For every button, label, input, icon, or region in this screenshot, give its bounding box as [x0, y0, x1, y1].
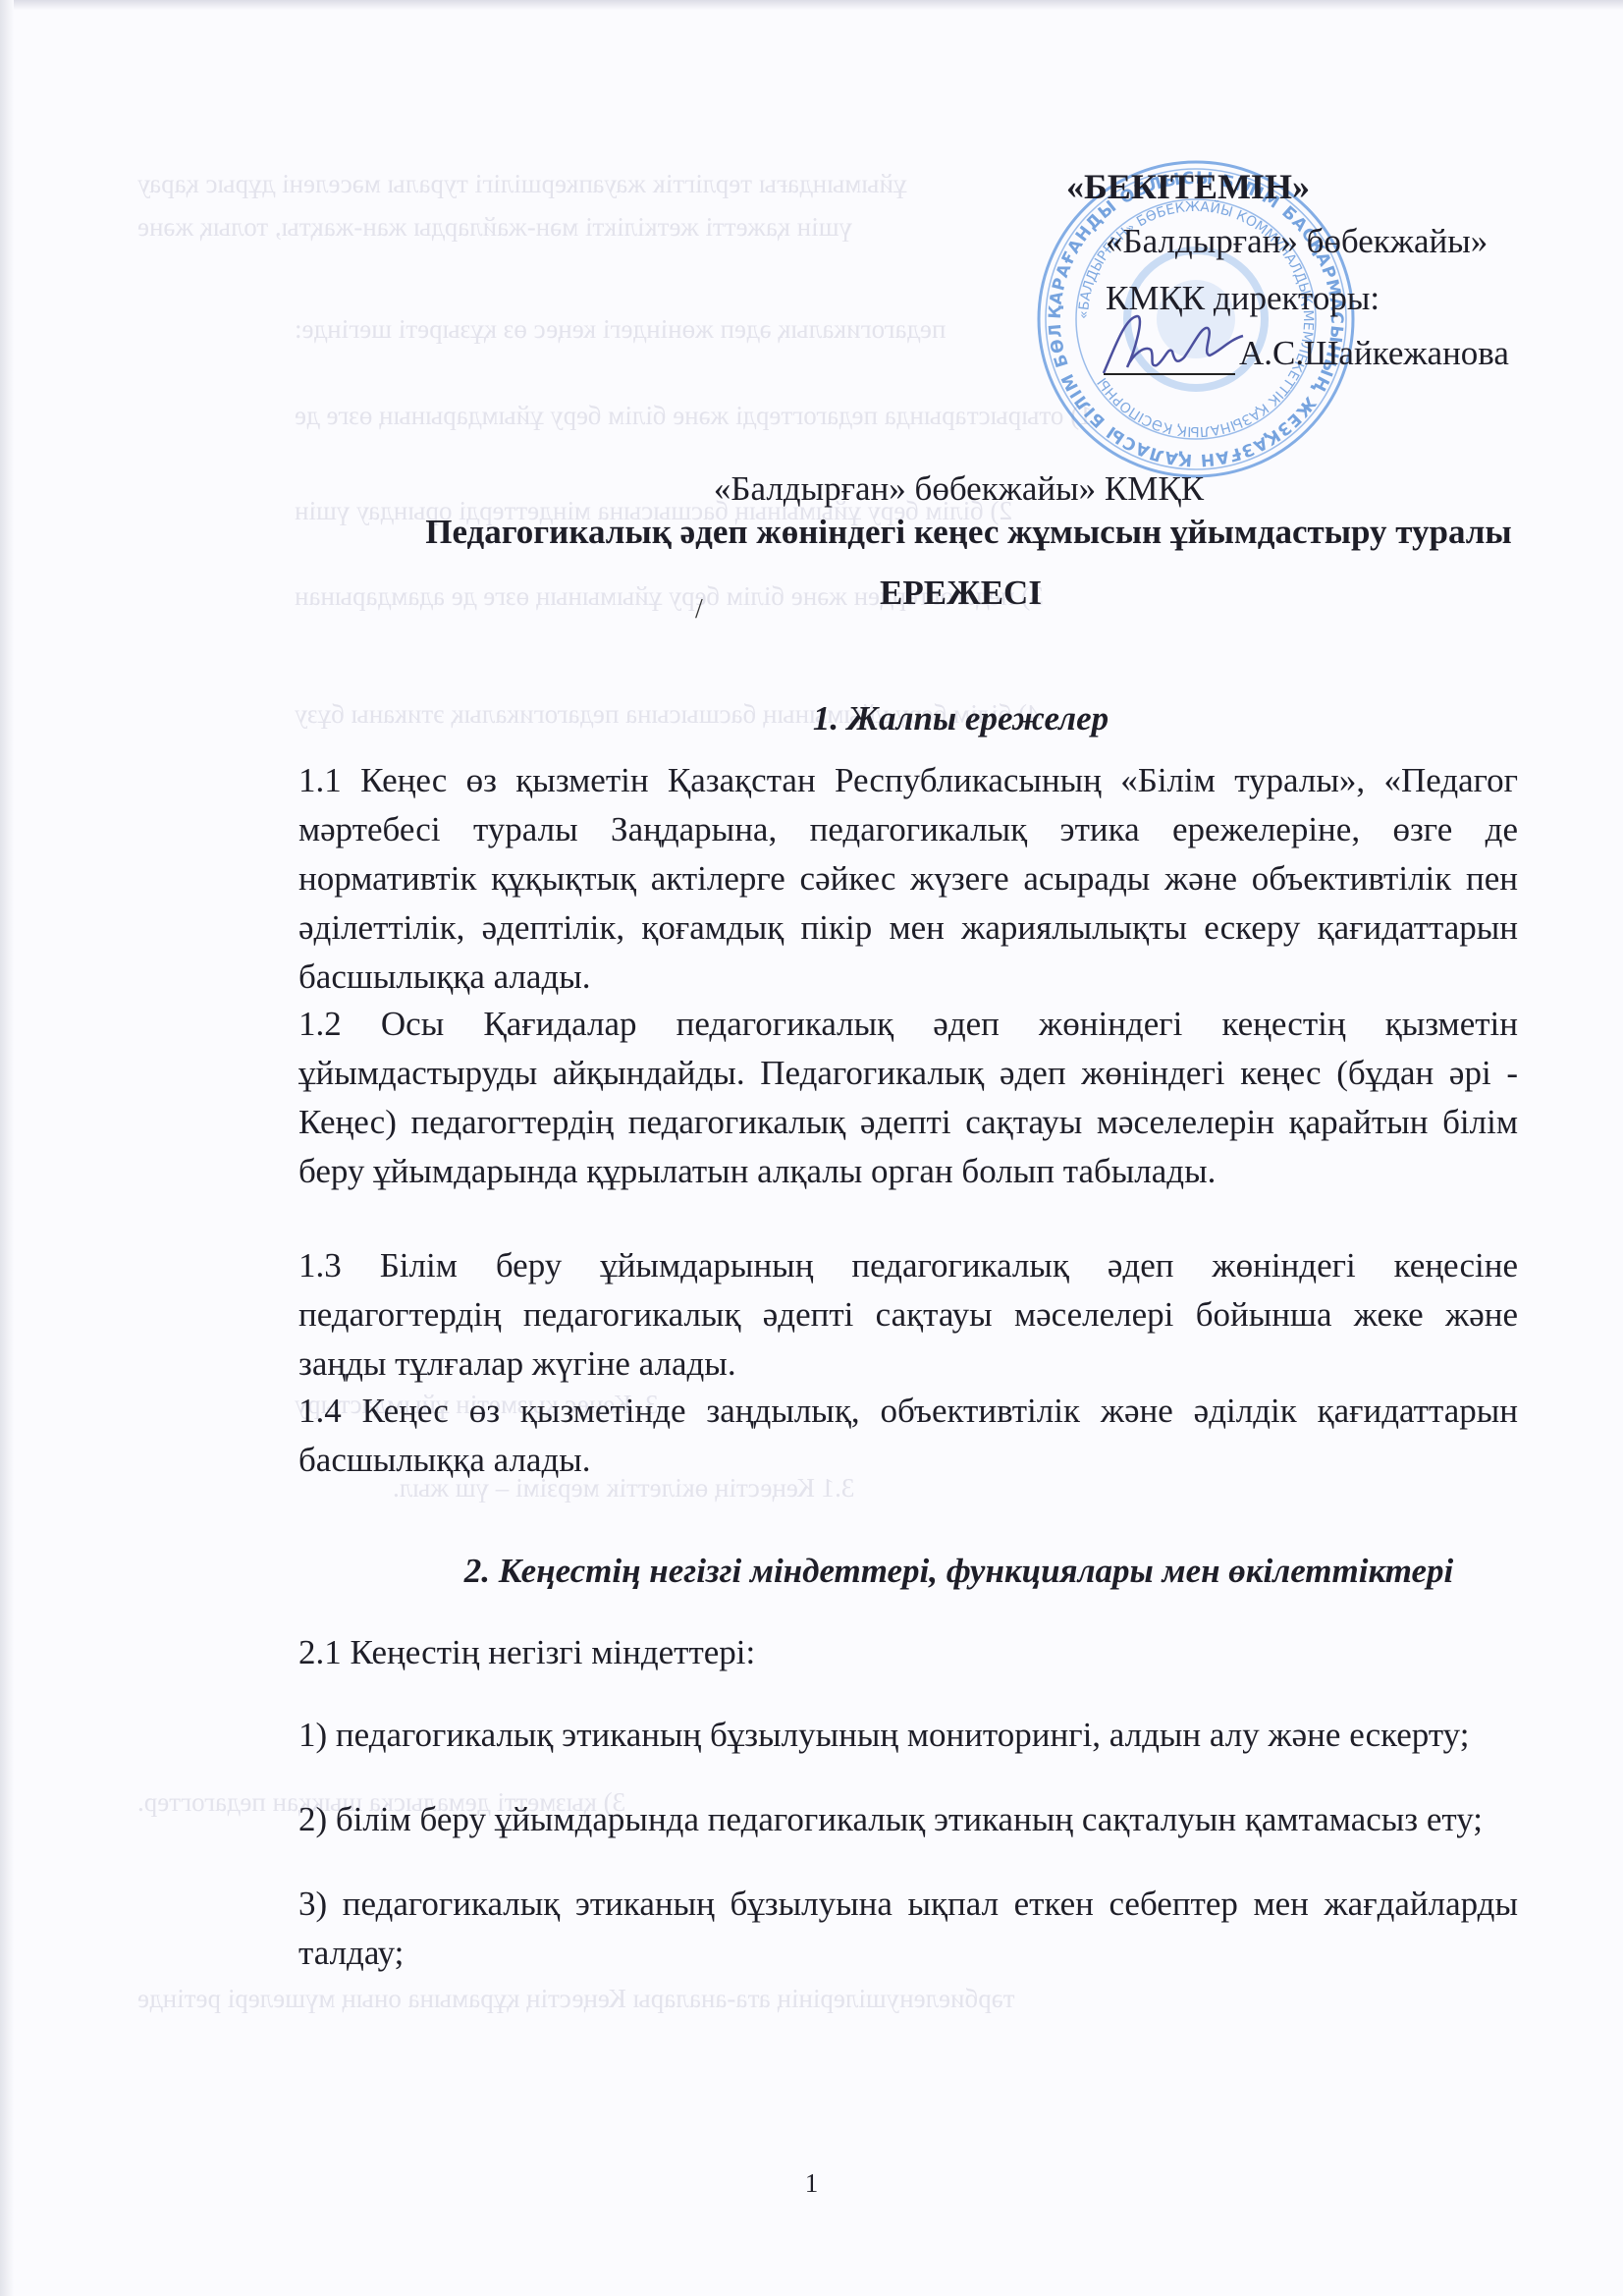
paragraph-1-3: 1.3 Білім беру ұйымдарының педагогикалық…	[245, 1241, 1518, 1389]
bleed-through-text: ұйымындағы терлігтік жауапкершілігі тура…	[137, 169, 907, 199]
page-edge-left	[0, 0, 14, 2296]
list-item: 1) педагогикалық этиканың бұзылуының мон…	[245, 1711, 1518, 1760]
paragraph-2-1: 2.1 Кеңестің негізгі міндеттері:	[245, 1628, 1518, 1677]
document-type: ЕРЕЖЕСІ	[149, 574, 1623, 613]
section-1-heading: 1. Жалпы ережелер	[149, 699, 1623, 738]
bleed-through-text: 1) отырыстарында педагогтерді және білім…	[295, 401, 1093, 431]
section-2-heading: 2. Кеңестің негізгі міндеттері, функциял…	[147, 1552, 1623, 1591]
paragraph-1-4: 1.4 Кеңес өз қызметінде заңдылық, объект…	[245, 1387, 1518, 1485]
approval-signer: А.С.Шайкежанова	[1239, 326, 1509, 381]
document-organization: «Балдырған» бөбекжайы» КМҚК	[147, 469, 1623, 509]
paragraph-1-2: 1.2 Осы Қағидалар педагогикалық әдеп жөн…	[245, 1000, 1518, 1196]
bleed-through-text: педагогикалық әдеп жөніндегі кеңес өз құ…	[295, 314, 946, 345]
bleed-through-text: тәрбиеленушілерінің ата-аналары Кеңестің…	[137, 1984, 1015, 2014]
bleed-through-text: үшін қажетті жеткілікті мән-жайларды жан…	[137, 212, 852, 243]
list-item: 2) білім беру ұйымдарында педагогикалық …	[245, 1795, 1518, 1844]
signature-line	[1104, 373, 1235, 375]
list-item: 3) педагогикалық этиканың бұзылуына ықпа…	[245, 1880, 1518, 1978]
document-topic: Педагогикалық әдеп жөніндегі кеңес жұмыс…	[157, 513, 1623, 552]
page-number: 1	[0, 2168, 1623, 2199]
paragraph-1-1: 1.1 Кеңес өз қызметін Қазақстан Республи…	[245, 756, 1518, 1002]
page-edge-top	[0, 0, 1623, 10]
approval-organization: «Балдырған» бөбекжайы»	[1106, 214, 1488, 269]
approval-title: «БЕКІТЕМІН»	[1066, 159, 1310, 214]
